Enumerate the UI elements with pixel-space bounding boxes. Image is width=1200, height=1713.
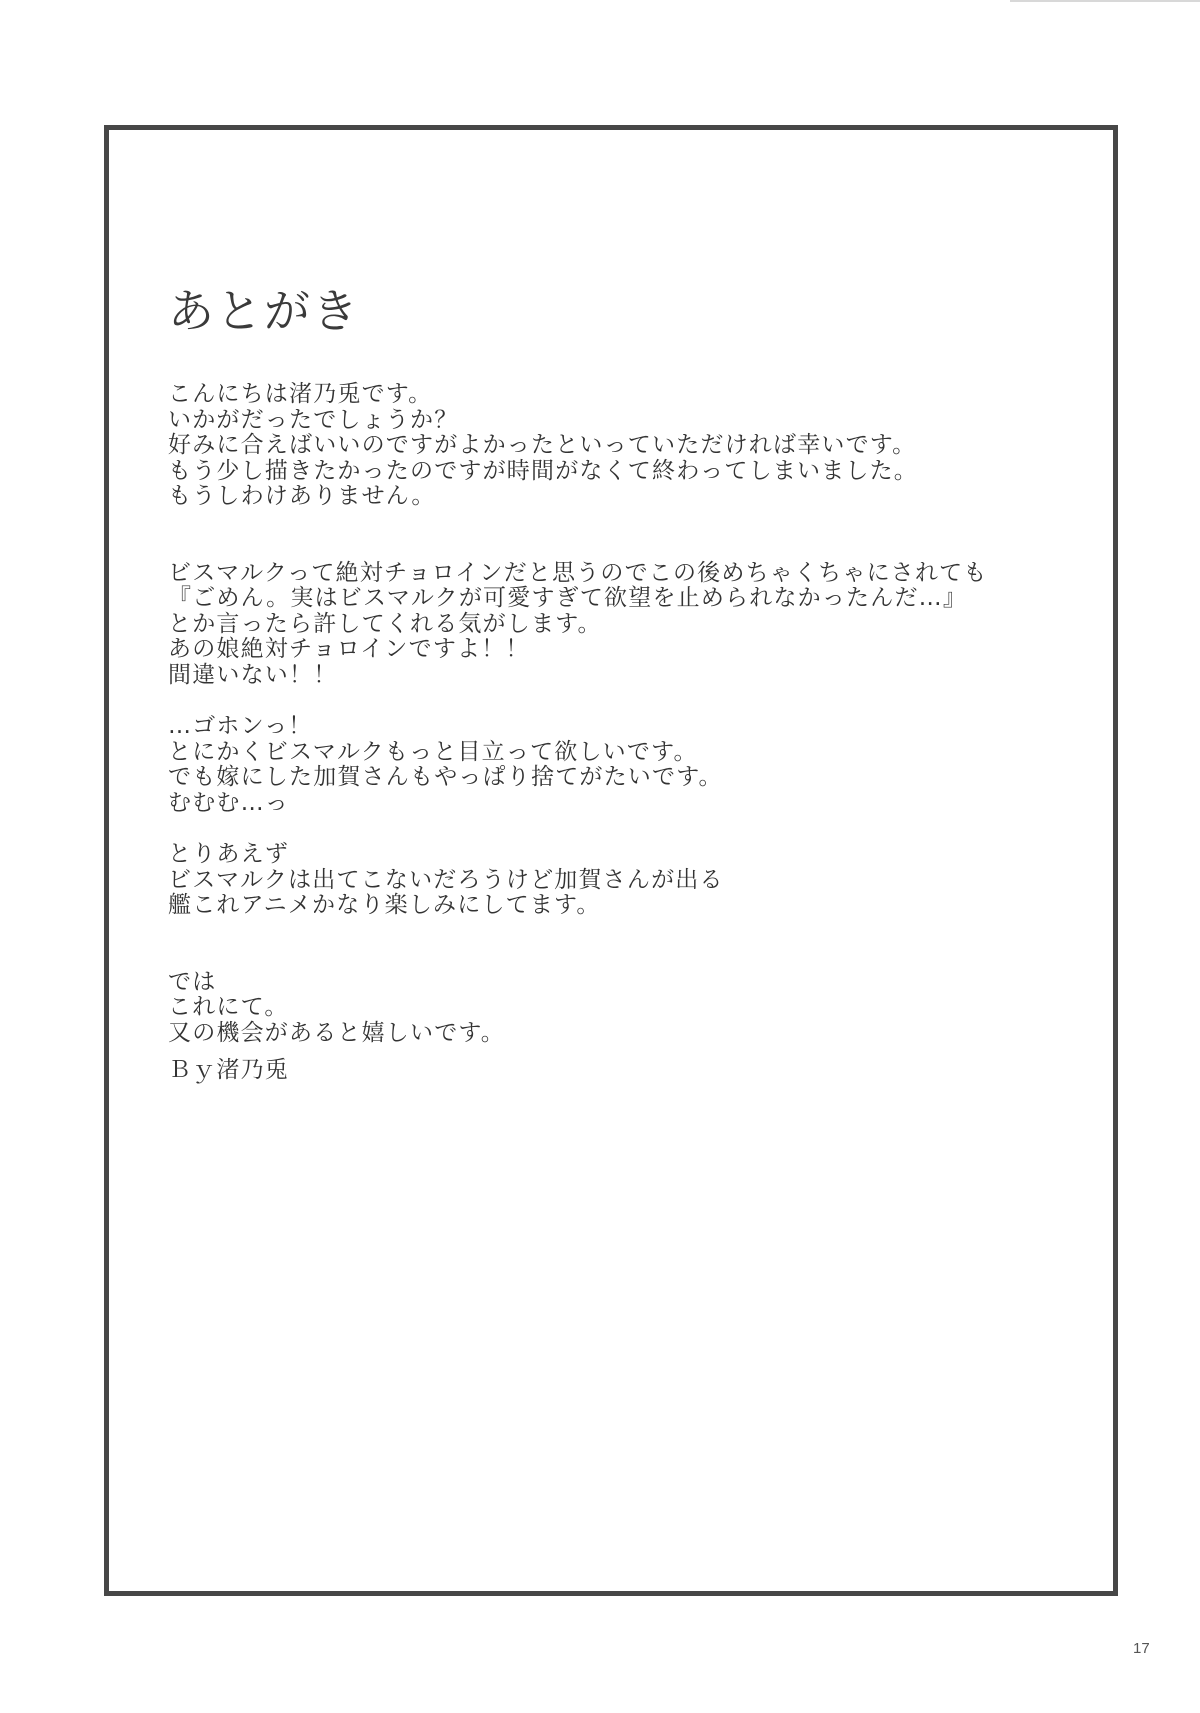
text-line: 艦これアニメかなり楽しみにしてます。 (168, 893, 1098, 919)
paragraph-ahem: …ゴホンっ！ とにかくビスマルクもっと目立って欲しいです。 でも嫁にした加賀さん… (168, 714, 1098, 816)
spacer (168, 816, 1098, 842)
text-line: …ゴホンっ！ (168, 714, 1098, 740)
paragraph-greeting: こんにちは渚乃兎です。 いかがだったでしょうか？ 好みに合えばいいのですがよかっ… (168, 382, 1098, 510)
scan-edge (1010, 0, 1200, 2)
paragraph-anime: とりあえず ビスマルクは出てこないだろうけど加賀さんが出る 艦これアニメかなり楽… (168, 842, 1098, 919)
text-line: もう少し描きたかったのですが時間がなくて終わってしまいました。 (168, 459, 1098, 485)
text-line: 又の機会があると嬉しいです。 (168, 1021, 1098, 1047)
spacer (168, 688, 1098, 714)
text-line: とにかくビスマルクもっと目立って欲しいです。 (168, 740, 1098, 766)
spacer (168, 919, 1098, 970)
text-line: むむむ…っ (168, 791, 1098, 817)
paragraph-closing: では これにて。 又の機会があると嬉しいです。 (168, 970, 1098, 1047)
afterword-body: こんにちは渚乃兎です。 いかがだったでしょうか？ 好みに合えばいいのですがよかっ… (168, 382, 1098, 1084)
text-line: こんにちは渚乃兎です。 (168, 382, 1098, 408)
text-line: もうしわけありません。 (168, 484, 1098, 510)
text-line: 間違いない！！ (168, 663, 1098, 689)
text-line: でも嫁にした加賀さんもやっぱり捨てがたいです。 (168, 765, 1098, 791)
spacer (168, 510, 1098, 561)
text-line: とか言ったら許してくれる気がします。 (168, 612, 1098, 638)
text-line: とりあえず (168, 842, 1098, 868)
text-line: では (168, 970, 1098, 996)
text-line: これにて。 (168, 995, 1098, 1021)
text-line: ビスマルクは出てこないだろうけど加賀さんが出る (168, 868, 1098, 894)
text-line: 好みに合えばいいのですがよかったといっていただければ幸いです。 (168, 433, 1098, 459)
author-signature: Ｂｙ渚乃兎 (168, 1058, 1098, 1084)
text-line: いかがだったでしょうか？ (168, 408, 1098, 434)
text-line: 『ごめん。実はビスマルクが可愛すぎて欲望を止められなかったんだ…』 (168, 586, 1098, 612)
page-title: あとがき (168, 283, 360, 339)
page-number: 17 (1133, 1640, 1150, 1657)
paragraph-bismarck: ビスマルクって絶対チョロインだと思うのでこの後めちゃくちゃにされても 『ごめん。… (168, 561, 1098, 689)
text-line: ビスマルクって絶対チョロインだと思うのでこの後めちゃくちゃにされても (168, 561, 1098, 587)
text-line: あの娘絶対チョロインですよ！！ (168, 637, 1098, 663)
